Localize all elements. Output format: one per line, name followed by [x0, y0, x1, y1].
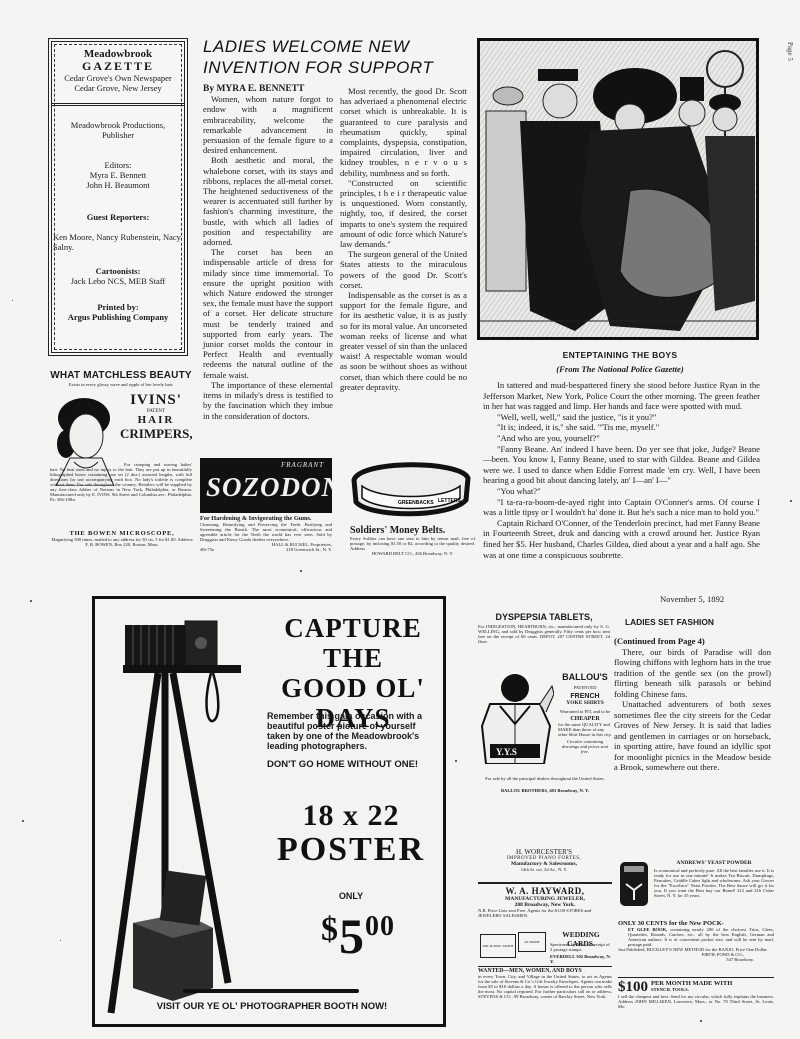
poster-divider: [183, 989, 359, 993]
editor-name: Myra E. Bennett: [52, 170, 184, 180]
printer-name: Argus Publishing Company: [52, 312, 184, 322]
ballou-circular: Circular containing drawings and prices …: [558, 739, 612, 754]
paragraph: "Constructed on scientific principles, t…: [340, 178, 467, 249]
publisher-block: Meadowbrook Productions, Publisher: [52, 120, 184, 140]
hayward-name: W. A. HAYWARD,: [478, 886, 612, 896]
paper-tagline: Cedar Grove's Own Newspaper: [52, 73, 184, 83]
worcester-line3: 14th St. cor. 3d Av., N. Y.: [478, 867, 610, 872]
paragraph: Captain Richard O'Conner, of the Tenderl…: [483, 518, 760, 560]
paragraph: "Fanny Beane. An' indeed I have been. Do…: [483, 444, 760, 486]
paragraph: Unattached adventurers of both sexes som…: [614, 699, 771, 773]
masthead-nameplate: Meadowbrook GAZETTE Cedar Grove's Own Ne…: [52, 42, 184, 106]
glee-address: 547 Broadway.: [618, 957, 774, 962]
lead-story-column-2: Most recently, the good Dr. Scott has ad…: [340, 86, 467, 392]
money-belts-title: Soldiers' Money Belts.: [350, 525, 475, 536]
sozodont-brand-top: FRAGRANT: [281, 461, 324, 469]
police-gazette-illustration: [477, 38, 759, 340]
editors-block: Editors: Myra E. Bennett John H. Beaumon…: [52, 160, 184, 190]
ballou-dealers: For sale by all the principal dealers th…: [480, 776, 610, 781]
sozodont-tagline: For Hardening & Invigorating the Gums.: [200, 515, 332, 522]
ballou-warranted: Warranted to FIT, and to be: [558, 709, 612, 714]
ivins-product-line1: HAIR: [120, 414, 192, 426]
wanted-body: in every Town, City, and Village in the …: [478, 974, 612, 999]
editor-name: John H. Beaumont: [52, 180, 184, 190]
wedding-address: EVERDELL 302 Broadway, N. Y.: [550, 954, 612, 964]
poster-size-block: 18 x 22 POSTER: [260, 799, 442, 867]
paragraph: Both aesthetic and moral, the whalebone …: [203, 155, 333, 247]
sozodont-brand: SOZODONT: [206, 472, 332, 503]
paragraph: Women, whom nature forgot to endow with …: [203, 94, 333, 155]
svg-text:LETTERS: LETTERS: [438, 498, 461, 504]
story-date: November 5, 1892: [660, 594, 724, 604]
paragraph: In tattered and mud-bespattered finery s…: [483, 380, 760, 412]
ballou-shirts-ad: Y.Y.S BALLOU'S PATENTED FRENCH YOKE SHIR…: [478, 668, 612, 798]
sozodont-footer: 48t-75o 218 Greenwich St., N. Y.: [200, 547, 332, 552]
guest-reporters-names: Ken Moore, Nancy Rubenstein, Nacy Salny.: [52, 232, 184, 252]
lead-story-column-1: By MYRA E. BENNETT Women, whom nature fo…: [203, 84, 333, 421]
wedding-body: Specimens by Mail on receipt of 2 postag…: [550, 942, 612, 952]
cartoonists-block: Cartoonists: Jack Lebo NCS, MEB Staff: [52, 266, 184, 286]
shirt-man-icon: Y.Y.S: [480, 672, 554, 764]
printed-by-label: Printed by:: [52, 302, 184, 312]
price-cents: 00: [365, 911, 395, 942]
stencil-body: I sell the cheapest and best. Send for m…: [618, 994, 774, 1009]
ivins-hair-crimpers-ad: WHAT MATCHLESS BEAUTY Exists in every gl…: [48, 370, 194, 516]
story-source: (From The National Police Gazette): [470, 364, 770, 374]
ballou-patented: PATENTED: [558, 685, 612, 690]
ballou-cheaper-body: for the same QUALITY and MAKE than those…: [558, 722, 612, 737]
poster-footer: VISIT OUR YE OL' PHOTOGRAPHER BOOTH NOW!: [99, 1001, 445, 1012]
ad-headline: WHAT MATCHLESS BEAUTY: [48, 370, 194, 381]
publisher-line2: Publisher: [52, 130, 184, 140]
editors-label: Editors:: [52, 160, 184, 170]
sozodont-body: Cleansing, Beautifying and Preserving th…: [200, 522, 332, 542]
stencil-amount: $100: [618, 980, 648, 994]
paragraph: "I ta-ra-ra-boom-de-ayed right into Capt…: [483, 497, 760, 518]
photo-poster-ad: CAPTURE THE GOOD OL' DAYS Remember this …: [92, 596, 446, 1027]
ad-subhead: Exists in every glossy wave and ripple o…: [48, 381, 194, 388]
byline: By MYRA E. BENNETT: [203, 84, 333, 94]
camera-tripod-icon: [103, 613, 243, 1023]
sozodont-banner: FRAGRANT SOZODONT: [200, 458, 332, 513]
ballou-brand: BALLOU'S: [558, 672, 612, 682]
card-sample: AT HOME: [518, 932, 546, 952]
ivins-body: For crimping and waving ladies' hair. No…: [50, 462, 192, 502]
continued-note: (Continued from Page 4): [614, 636, 771, 647]
ballou-address: BALLOU BROTHERS, 403 Broadway, N. Y.: [480, 788, 610, 793]
guest-reporters-block: Guest Reporters: Ken Moore, Nancy Rubens…: [52, 212, 184, 252]
money-belts-address: HOWARD BELT CO., 436 Broadway, N. Y.: [350, 551, 475, 556]
fashion-story-body: (Continued from Page 4) There, our birds…: [614, 636, 771, 773]
story-body: In tattered and mud-bespattered finery s…: [483, 380, 760, 560]
wanted-agents-ad: WANTED—MEN, WOMEN, AND BOYS in every Tow…: [478, 968, 612, 999]
ad-body: Magnifying 500 times, mailed to any addr…: [50, 537, 194, 547]
andrews-title: ANDREWS' YEAST POWDER: [654, 860, 774, 866]
paragraph: Indispensable as the corset is as a supp…: [340, 290, 467, 392]
ad-divider: [618, 977, 774, 978]
card-sample: MR. & MRS. SMITH: [480, 934, 516, 958]
poster-only-label: ONLY: [260, 891, 442, 901]
poster-product: POSTER: [260, 833, 442, 867]
lead-headline: LADIES WELCOME NEW INVENTION FOR SUPPORT: [203, 36, 463, 78]
money-belts-ad: GREENBACKS LETTERS Soldiers' Money Belts…: [350, 460, 475, 556]
ad-title: THE BOWEN MICROSCOPE,: [50, 530, 194, 537]
paragraph: Most recently, the good Dr. Scott has ad…: [340, 86, 467, 178]
bowen-microscope-ad: THE BOWEN MICROSCOPE, Magnifying 500 tim…: [50, 530, 194, 547]
paragraph: "It is; indeed, it is," she said. "'Tis …: [483, 422, 760, 433]
poster-body: Remember this gala occasion with a beaut…: [267, 711, 435, 751]
andrews-body: Is economical and perfectly pure. All th…: [654, 868, 774, 898]
stencil-tools-ad: $100 PER MONTH MADE WITH STENCIL TOOLS. …: [618, 980, 774, 1009]
worcester-name: H. WORCESTER'S: [478, 848, 610, 856]
sozodont-code: 48t-75o: [200, 547, 214, 552]
hayward-jeweler-ad: W. A. HAYWARD, MANUFACTURING JEWELER, 20…: [478, 886, 612, 918]
stencil-title: PER MONTH MADE WITH: [651, 980, 732, 987]
ivins-product-line2: CRIMPERS,: [120, 426, 192, 442]
headline-line2: INVENTION FOR SUPPORT: [203, 57, 463, 78]
ivins-brand: IVINS': [120, 392, 192, 409]
poster-cta: DON'T GO HOME WITHOUT ONE!: [267, 759, 443, 770]
poster-price: $500: [273, 911, 443, 961]
andrews-yeast-ad: ANDREWS' YEAST POWDER Is economical and …: [618, 860, 774, 916]
dyspepsia-tablets-ad: DYSPEPSIA TABLETS, For INDIGESTION, HEAR…: [478, 612, 610, 644]
wedding-cards-ad: MR. & MRS. SMITH AT HOME WEDDING CARDS. …: [478, 930, 612, 964]
paragraph: "You what?": [483, 486, 760, 497]
ballou-text: BALLOU'S PATENTED FRENCH YOKE SHIRTS War…: [558, 672, 612, 754]
price-dollars: 5: [339, 908, 365, 964]
story-title: ENTEPTAINING THE BOYS: [470, 350, 770, 360]
svg-text:GREENBACKS: GREENBACKS: [398, 500, 434, 506]
cartoonists-names: Jack Lebo NCS, MEB Staff: [52, 276, 184, 286]
ballou-french: FRENCH: [558, 693, 612, 700]
paper-location: Cedar Grove, New Jersey: [52, 83, 184, 93]
yeast-tin-icon: [618, 860, 650, 908]
glee-book-ad: ONLY 30 CENTS for the New POCK- ET GLEE …: [618, 920, 774, 962]
fashion-story-title: LADIES SET FASHION: [625, 617, 714, 627]
sozodont-ad: FRAGRANT SOZODONT For Hardening & Invigo…: [200, 458, 332, 552]
printer-block: Printed by: Argus Publishing Company: [52, 302, 184, 322]
ad-title: DYSPEPSIA TABLETS,: [478, 612, 610, 622]
paragraph: The corset has been an indispensable art…: [203, 247, 333, 380]
cartoonists-label: Cartoonists:: [52, 266, 184, 276]
hayward-line3: N.B. Price Lists sent Free. Agents for t…: [478, 908, 612, 918]
poster-headline-line1: CAPTURE THE: [265, 613, 441, 673]
ballou-product: YOKE SHIRTS: [558, 700, 612, 706]
glee-title: ONLY 30 CENTS for the New POCK-: [618, 920, 774, 927]
masthead-box: Meadowbrook GAZETTE Cedar Grove's Own Ne…: [48, 38, 188, 356]
ad-body: For INDIGESTION, HEARTBURN, etc., manufa…: [478, 624, 610, 644]
money-belt-icon: GREENBACKS LETTERS: [350, 460, 472, 518]
money-belts-body: Every Soldier can have one sent to him b…: [350, 536, 475, 551]
paragraph: The surgeon general of the United States…: [340, 249, 467, 290]
headline-line1: LADIES WELCOME NEW: [203, 36, 463, 57]
paragraph: "And who are you, yourself?": [483, 433, 760, 444]
glee-also: Just Published, BUCKLEY'S NEW METHOD for…: [618, 947, 774, 952]
ad-divider: [478, 882, 612, 884]
price-dollar-sign: $: [321, 911, 339, 948]
ivins-brand-block: IVINS' PATENT HAIR CRIMPERS,: [120, 392, 192, 442]
ad-divider: [478, 966, 612, 967]
paragraph: "Well, well, well," said the justice, "i…: [483, 412, 760, 423]
svg-text:Y.Y.S: Y.Y.S: [496, 747, 517, 757]
paragraph: The importance of these elemental items …: [203, 380, 333, 421]
page-marker: Page 5: [782, 42, 794, 61]
crowd-engraving-icon: [480, 41, 756, 337]
stencil-header: $100 PER MONTH MADE WITH STENCIL TOOLS.: [618, 980, 774, 994]
paragraph: There, our birds of Paradise will don fl…: [614, 647, 771, 700]
guest-reporters-label: Guest Reporters:: [52, 212, 184, 222]
sozodont-address: 218 Greenwich St., N. Y.: [286, 547, 332, 552]
poster-size: 18 x 22: [260, 799, 442, 833]
paper-name-line2: GAZETTE: [52, 60, 184, 73]
stencil-subtitle: STENCIL TOOLS.: [651, 987, 732, 992]
publisher-line1: Meadowbrook Productions,: [52, 120, 184, 130]
worcester-pianos-ad: H. WORCESTER'S IMPROVED PIANO FORTES, Ma…: [478, 848, 610, 872]
